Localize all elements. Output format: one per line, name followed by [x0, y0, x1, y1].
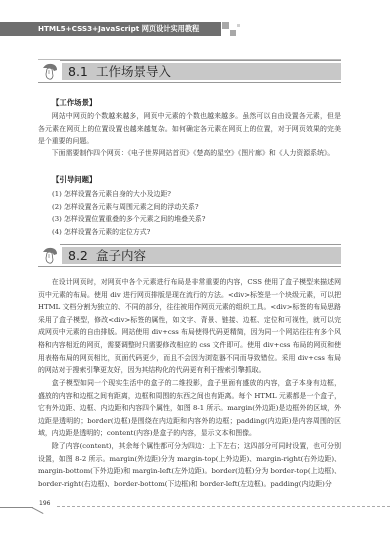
question-item: (1) 怎样设置各元素自身的大小及边距?: [52, 188, 342, 201]
body-paragraph: 除了内容(content)，其余每个属性都可分为四边：上下左右；这四部分可同时设…: [38, 440, 341, 490]
body-paragraph: 在设计网页时，对网页中各个元素进行布局是非常重要的内容，CSS 使用了盒子模型来…: [38, 276, 341, 377]
scenario-paragraph: 下面需要制作四个网页：《电子世界网站首页》《楚高的星空》《图片廊》和《人力资源系…: [38, 147, 341, 160]
footer-dotted-rule: [57, 506, 390, 507]
section-heading-8-1: 8.1 工作场景导入: [38, 60, 341, 82]
question-item: (4) 怎样设置各元素的定位方式?: [52, 226, 342, 239]
section-number: 8.1: [68, 63, 88, 80]
footer-rule-slant: [32, 507, 44, 514]
page-number: 196: [39, 500, 50, 507]
question-item: (2) 怎样设置各元素与周围元素之间的浮动关系?: [52, 201, 342, 214]
scenario-heading: 【工作场景】: [52, 97, 96, 108]
divider: [38, 82, 341, 83]
questions-heading: 【引导问题】: [52, 174, 96, 185]
divider: [60, 60, 341, 61]
questions-list: (1) 怎样设置各元素自身的大小及边距? (2) 怎样设置各元素与周围元素之间的…: [52, 188, 342, 238]
divider: [60, 244, 341, 245]
mouse-hand-icon: [40, 245, 60, 265]
section-heading-8-2: 8.2 盒子内容: [38, 244, 341, 266]
scenario-paragraph: 网站中网页的个数越来越多，网页中元素的个数也越来越多。虽然可以自由设置各元素，但…: [38, 110, 341, 148]
divider: [38, 266, 341, 267]
mouse-hand-icon: [40, 61, 60, 81]
running-header-title: HTML5+CSS3+JavaScript 网页设计实用教程: [38, 23, 199, 35]
header-decoration-square: [237, 24, 240, 27]
footer-rule: [0, 507, 33, 508]
header-decoration-square: [222, 22, 229, 29]
header-decoration-square: [230, 30, 236, 36]
section-title: 工作场景导入: [96, 63, 171, 80]
section-number: 8.2: [68, 247, 88, 264]
section-title: 盒子内容: [96, 247, 146, 264]
body-paragraph: 盒子模型如同一个现实生活中的盒子的二维投影，盒子里面有盛放的内容，盒子本身有边框…: [38, 377, 341, 440]
question-item: (3) 怎样设置位置重叠的多个元素之间的堆叠关系?: [52, 213, 342, 226]
